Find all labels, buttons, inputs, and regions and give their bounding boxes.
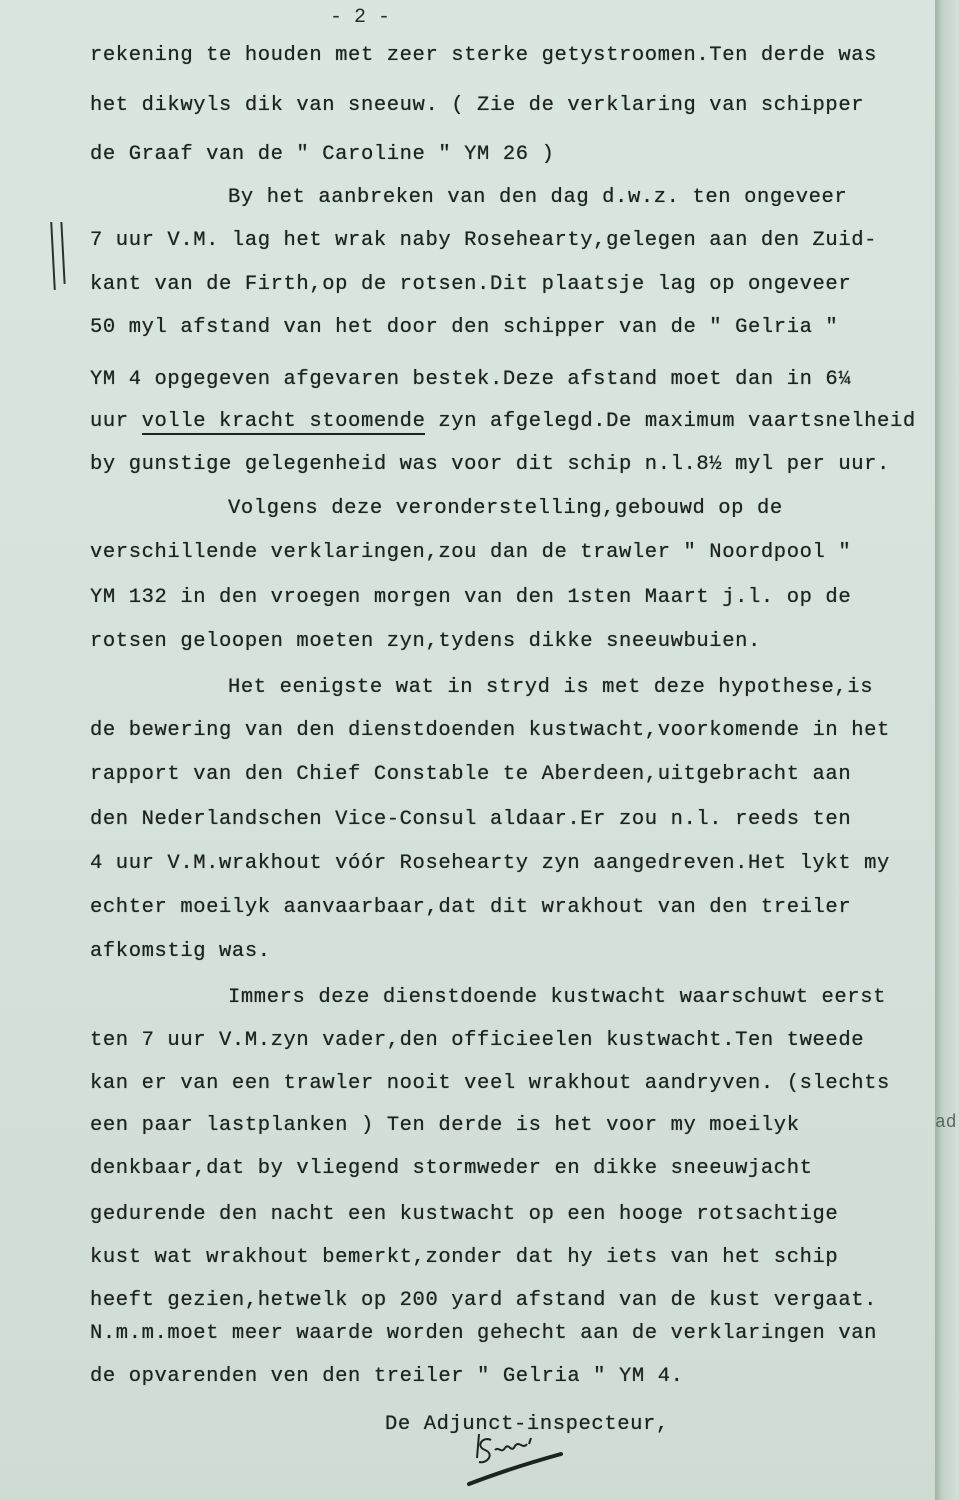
text-line: YM 4 opgegeven afgevaren bestek.Deze afs… xyxy=(90,368,851,391)
handwritten-signature-icon xyxy=(465,1428,595,1488)
text-line: 4 uur V.M.wrakhout vóór Rosehearty zyn a… xyxy=(90,852,890,875)
text-line: kust wat wrakhout bemerkt,zonder dat hy … xyxy=(90,1246,838,1269)
text-fragment: uur xyxy=(90,410,129,433)
text-line: de Graaf van de " Caroline " YM 26 ) xyxy=(90,143,554,166)
text-line: rekening te houden met zeer sterke getys… xyxy=(90,44,877,67)
paragraph-start: Volgens deze veronderstelling,gebouwd op… xyxy=(228,497,783,520)
text-line: verschillende verklaringen,zou dan de tr… xyxy=(90,541,851,564)
text-line: het dikwyls dik van sneeuw. ( Zie de ver… xyxy=(90,94,864,117)
text-line: denkbaar,dat by vliegend stormweder en d… xyxy=(90,1157,813,1180)
underlined-phrase: volle kracht stoomende xyxy=(142,410,426,435)
text-line: kant van de Firth,op de rotsen.Dit plaat… xyxy=(90,273,851,296)
double-vertical-margin-mark-icon xyxy=(50,222,68,290)
page-number: - 2 - xyxy=(330,6,390,29)
text-line: den Nederlandschen Vice-Consul aldaar.Er… xyxy=(90,808,851,831)
text-line: YM 132 in den vroegen morgen van den 1st… xyxy=(90,586,851,609)
text-line: by gunstige gelegenheid was voor dit sch… xyxy=(90,453,890,476)
text-line: gedurende den nacht een kustwacht op een… xyxy=(90,1203,838,1226)
paragraph-start: Het eenigste wat in stryd is met deze hy… xyxy=(228,676,873,699)
text-line: de opvarenden ven den treiler " Gelria "… xyxy=(90,1365,684,1388)
text-line: een paar lastplanken ) Ten derde is het … xyxy=(90,1114,800,1137)
text-line: rotsen geloopen moeten zyn,tydens dikke … xyxy=(90,630,761,653)
paragraph-start: By het aanbreken van den dag d.w.z. ten … xyxy=(228,186,847,209)
text-line: uur volle kracht stoomende zyn afgelegd.… xyxy=(90,410,916,433)
text-line: rapport van den Chief Constable te Aberd… xyxy=(90,763,851,786)
text-line: 7 uur V.M. lag het wrak naby Rosehearty,… xyxy=(90,229,877,252)
text-line: ten 7 uur V.M.zyn vader,den officieelen … xyxy=(90,1029,864,1052)
document-page: - 2 - rekening te houden met zeer sterke… xyxy=(0,0,935,1500)
underlying-page-fragment: ad xyxy=(935,1113,957,1133)
text-fragment: zyn afgelegd.De maximum vaartsnelheid xyxy=(438,410,915,433)
text-line: kan er van een trawler nooit veel wrakho… xyxy=(90,1072,890,1095)
text-line: de bewering van den dienstdoenden kustwa… xyxy=(90,719,890,742)
paragraph-start: Immers deze dienstdoende kustwacht waars… xyxy=(228,986,886,1009)
text-line: echter moeilyk aanvaarbaar,dat dit wrakh… xyxy=(90,896,851,919)
underlying-page-edge xyxy=(935,0,959,1500)
text-line: heeft gezien,hetwelk op 200 yard afstand… xyxy=(90,1289,877,1312)
text-line: afkomstig was. xyxy=(90,940,271,963)
text-line: N.m.m.moet meer waarde worden gehecht aa… xyxy=(90,1322,877,1345)
text-line: 50 myl afstand van het door den schipper… xyxy=(90,316,838,339)
